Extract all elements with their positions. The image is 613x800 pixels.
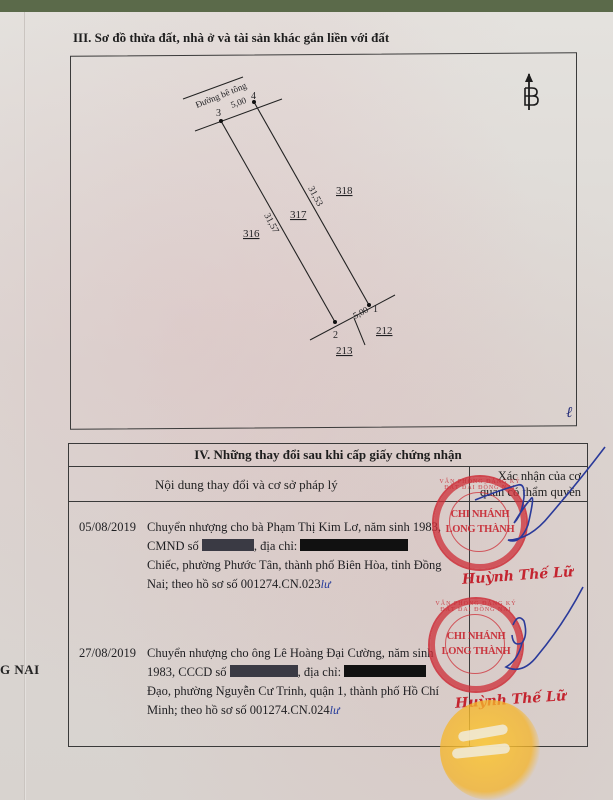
point-2-label: 2: [333, 330, 338, 341]
edge-top-length: 5,00: [229, 95, 248, 110]
parcel-213-label: 213: [336, 345, 353, 357]
entry-line: 1983, CCCD số , địa chỉ:: [147, 663, 465, 682]
redacted-address: [344, 665, 426, 677]
entry-line: Chiếc, phường Phước Tân, thành phố Biên …: [147, 556, 465, 575]
point-1-label: 1: [373, 304, 378, 315]
entry-line: Chuyển nhượng cho ông Lê Hoàng Đại Cường…: [147, 644, 465, 663]
signature-2: [478, 585, 588, 685]
point-4-label: 4: [251, 91, 256, 102]
column-header-content: Nội dung thay đổi và cơ sở pháp lý: [69, 467, 469, 502]
entry-body: Chuyển nhượng cho ông Lê Hoàng Đại Cường…: [147, 644, 465, 720]
initials-mark: lư: [321, 577, 331, 591]
entry-line: Nai; theo hồ sơ số 001274.CN.023lư: [147, 575, 465, 594]
parcel-212-label: 212: [376, 325, 393, 337]
watermark-logo: [440, 700, 540, 800]
signature-1: [470, 445, 610, 555]
entry-line: Chuyển nhượng cho bà Phạm Thị Kim Lơ, nă…: [147, 518, 465, 537]
redacted-id: [230, 665, 298, 677]
parcel-317-label: 317: [290, 209, 307, 221]
entry-line: Đạo, phường Nguyễn Cư Trinh, quận 1, thà…: [147, 682, 465, 701]
edge-bottom-length: 5,00: [351, 304, 370, 320]
entry-date: 05/08/2019: [79, 518, 136, 537]
redacted-address: [300, 539, 408, 551]
edge-left-length: 31,57: [261, 212, 280, 236]
point-3-label: 3: [216, 108, 221, 119]
entry-date: 27/08/2019: [79, 644, 136, 663]
entry-body: Chuyển nhượng cho bà Phạm Thị Kim Lơ, nă…: [147, 518, 465, 594]
corner-initial-mark: ℓ: [566, 405, 572, 422]
parcel-318-label: 318: [336, 185, 353, 197]
entry-line: CMND số , địa chỉ:: [147, 537, 465, 556]
parcel-316-label: 316: [243, 228, 260, 240]
redacted-id: [202, 539, 254, 551]
initials-mark: lư: [330, 703, 340, 717]
entry-line: Minh; theo hồ sơ số 001274.CN.024lư: [147, 701, 465, 720]
north-arrow-icon: [522, 72, 542, 112]
